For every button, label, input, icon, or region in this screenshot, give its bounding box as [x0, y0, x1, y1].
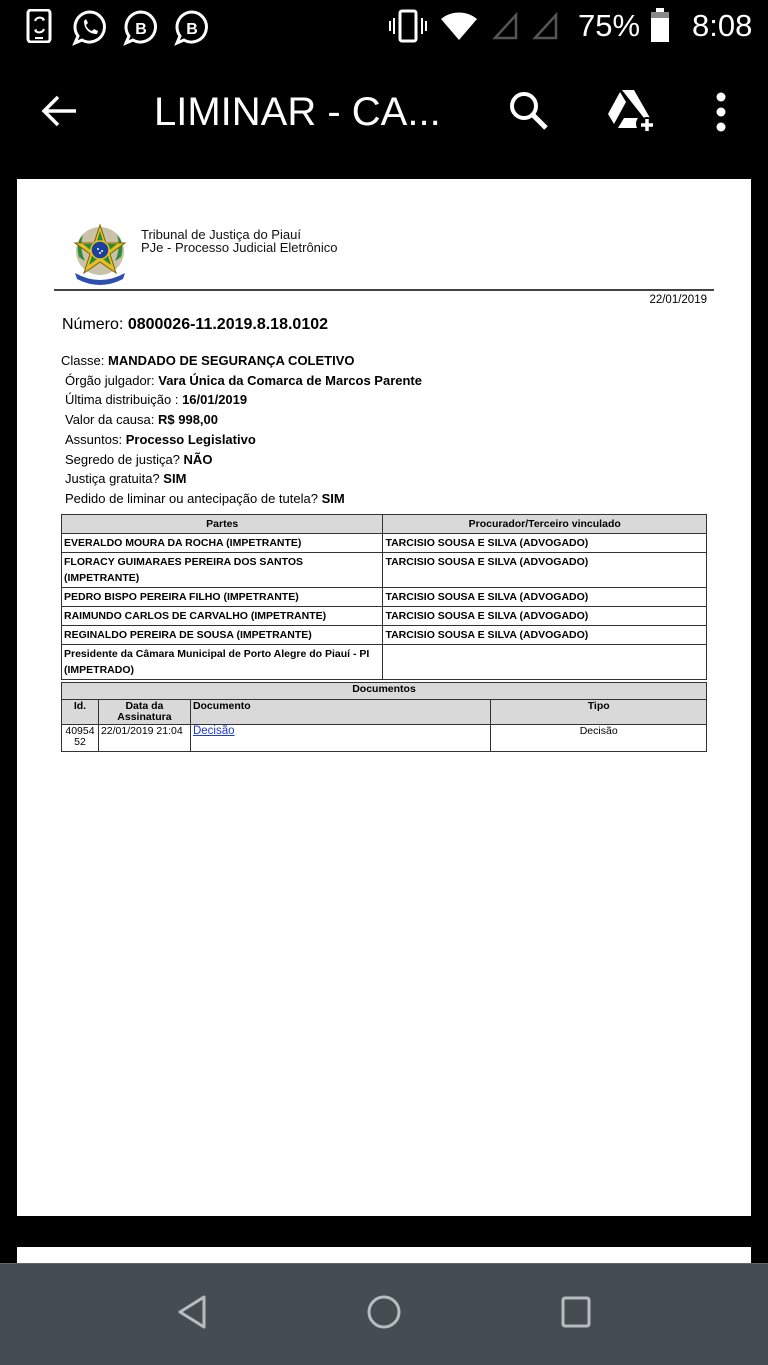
- partes-header: Partes: [62, 515, 383, 534]
- field-pedido-liminar: Pedido de liminar ou antecipação de tute…: [61, 489, 422, 509]
- doc-id: 40954 52: [62, 725, 99, 752]
- wifi-icon: [440, 11, 478, 41]
- signal-empty-icon: [492, 12, 518, 40]
- whatsapp-business-icon: B: [123, 10, 159, 46]
- phone-sync-icon: [26, 9, 54, 43]
- field-valor-causa: Valor da causa: R$ 998,00: [61, 410, 422, 430]
- id-header: Id.: [62, 700, 99, 725]
- search-icon[interactable]: [508, 90, 550, 132]
- document-date: 22/01/2019: [649, 294, 707, 306]
- process-info: Classe: MANDADO DE SEGURANÇA COLETIVO Ór…: [61, 351, 422, 509]
- header-divider: [54, 289, 714, 291]
- decisao-link[interactable]: Decisão: [193, 725, 235, 737]
- more-vert-icon[interactable]: [714, 92, 728, 132]
- field-orgao-julgador: Órgão julgador: Vara Única da Comarca de…: [61, 371, 422, 391]
- battery-percent: 75%: [578, 8, 640, 44]
- process-number: Número: 0800026-11.2019.8.18.0102: [62, 316, 328, 334]
- recents-square-icon[interactable]: [560, 1294, 592, 1330]
- field-segredo-justica: Segredo de justiça? NÃO: [61, 450, 422, 470]
- field-ultima-distribuicao: Última distribuição : 16/01/2019: [61, 390, 422, 410]
- table-row: REGINALDO PEREIRA DE SOUSA (IMPETRANTE)T…: [62, 626, 707, 645]
- whatsapp-icon: [72, 10, 108, 46]
- field-justica-gratuita: Justiça gratuita? SIM: [61, 469, 422, 489]
- whatsapp-business-icon-2: B: [174, 10, 210, 46]
- table-row: PEDRO BISPO PEREIRA FILHO (IMPETRANTE)TA…: [62, 588, 707, 607]
- documentos-table: Documentos Id. Data da Assinatura Docume…: [61, 682, 707, 752]
- svg-text:B: B: [186, 21, 198, 38]
- table-row: EVERALDO MOURA DA ROCHA (IMPETRANTE)TARC…: [62, 534, 707, 553]
- field-classe: Classe: MANDADO DE SEGURANÇA COLETIVO: [61, 351, 422, 371]
- svg-text:B: B: [135, 21, 147, 38]
- tipo-header: Tipo: [491, 700, 707, 725]
- pdf-next-page[interactable]: [17, 1247, 751, 1263]
- status-bar: B B 75% 8:08: [0, 0, 768, 52]
- pdf-page[interactable]: Tribunal de Justiça do Piauí PJe - Proce…: [17, 179, 751, 1216]
- document-content: Tribunal de Justiça do Piauí PJe - Proce…: [17, 179, 751, 1216]
- documento-header: Documento: [190, 700, 490, 725]
- arrow-left-icon[interactable]: [40, 94, 78, 128]
- partes-table: Partes Procurador/Terceiro vinculado EVE…: [61, 514, 707, 680]
- brazil-coat-of-arms-icon: [69, 221, 131, 287]
- clock: 8:08: [692, 8, 752, 44]
- procurador-header: Procurador/Terceiro vinculado: [383, 515, 707, 534]
- process-number-value: 0800026-11.2019.8.18.0102: [128, 316, 328, 333]
- table-row: FLORACY GUIMARAES PEREIRA DOS SANTOS (IM…: [62, 553, 707, 588]
- process-number-label: Número:: [62, 316, 123, 333]
- system-name: PJe - Processo Judicial Eletrônico: [141, 241, 338, 254]
- vibrate-icon: [389, 9, 427, 43]
- table-row: 40954 52 22/01/2019 21:04 Decisão Decisã…: [62, 725, 707, 752]
- drive-add-icon[interactable]: [606, 88, 656, 134]
- doc-link-cell: Decisão: [190, 725, 490, 752]
- back-triangle-icon[interactable]: [176, 1294, 208, 1330]
- data-assinatura-header: Data da Assinatura: [98, 700, 190, 725]
- navigation-bar: [0, 1263, 768, 1365]
- table-row: RAIMUNDO CARLOS DE CARVALHO (IMPETRANTE)…: [62, 607, 707, 626]
- documentos-title: Documentos: [62, 683, 707, 700]
- home-circle-icon[interactable]: [366, 1294, 402, 1330]
- field-assuntos: Assuntos: Processo Legislativo: [61, 430, 422, 450]
- court-header: Tribunal de Justiça do Piauí PJe - Proce…: [141, 228, 338, 254]
- doc-date: 22/01/2019 21:04: [98, 725, 190, 752]
- document-title: LIMINAR - CA...: [154, 92, 441, 132]
- signal-empty-icon-2: [532, 12, 558, 40]
- doc-tipo: Decisão: [491, 725, 707, 752]
- battery-icon: [650, 8, 670, 42]
- table-row: Presidente da Câmara Municipal de Porto …: [62, 645, 707, 680]
